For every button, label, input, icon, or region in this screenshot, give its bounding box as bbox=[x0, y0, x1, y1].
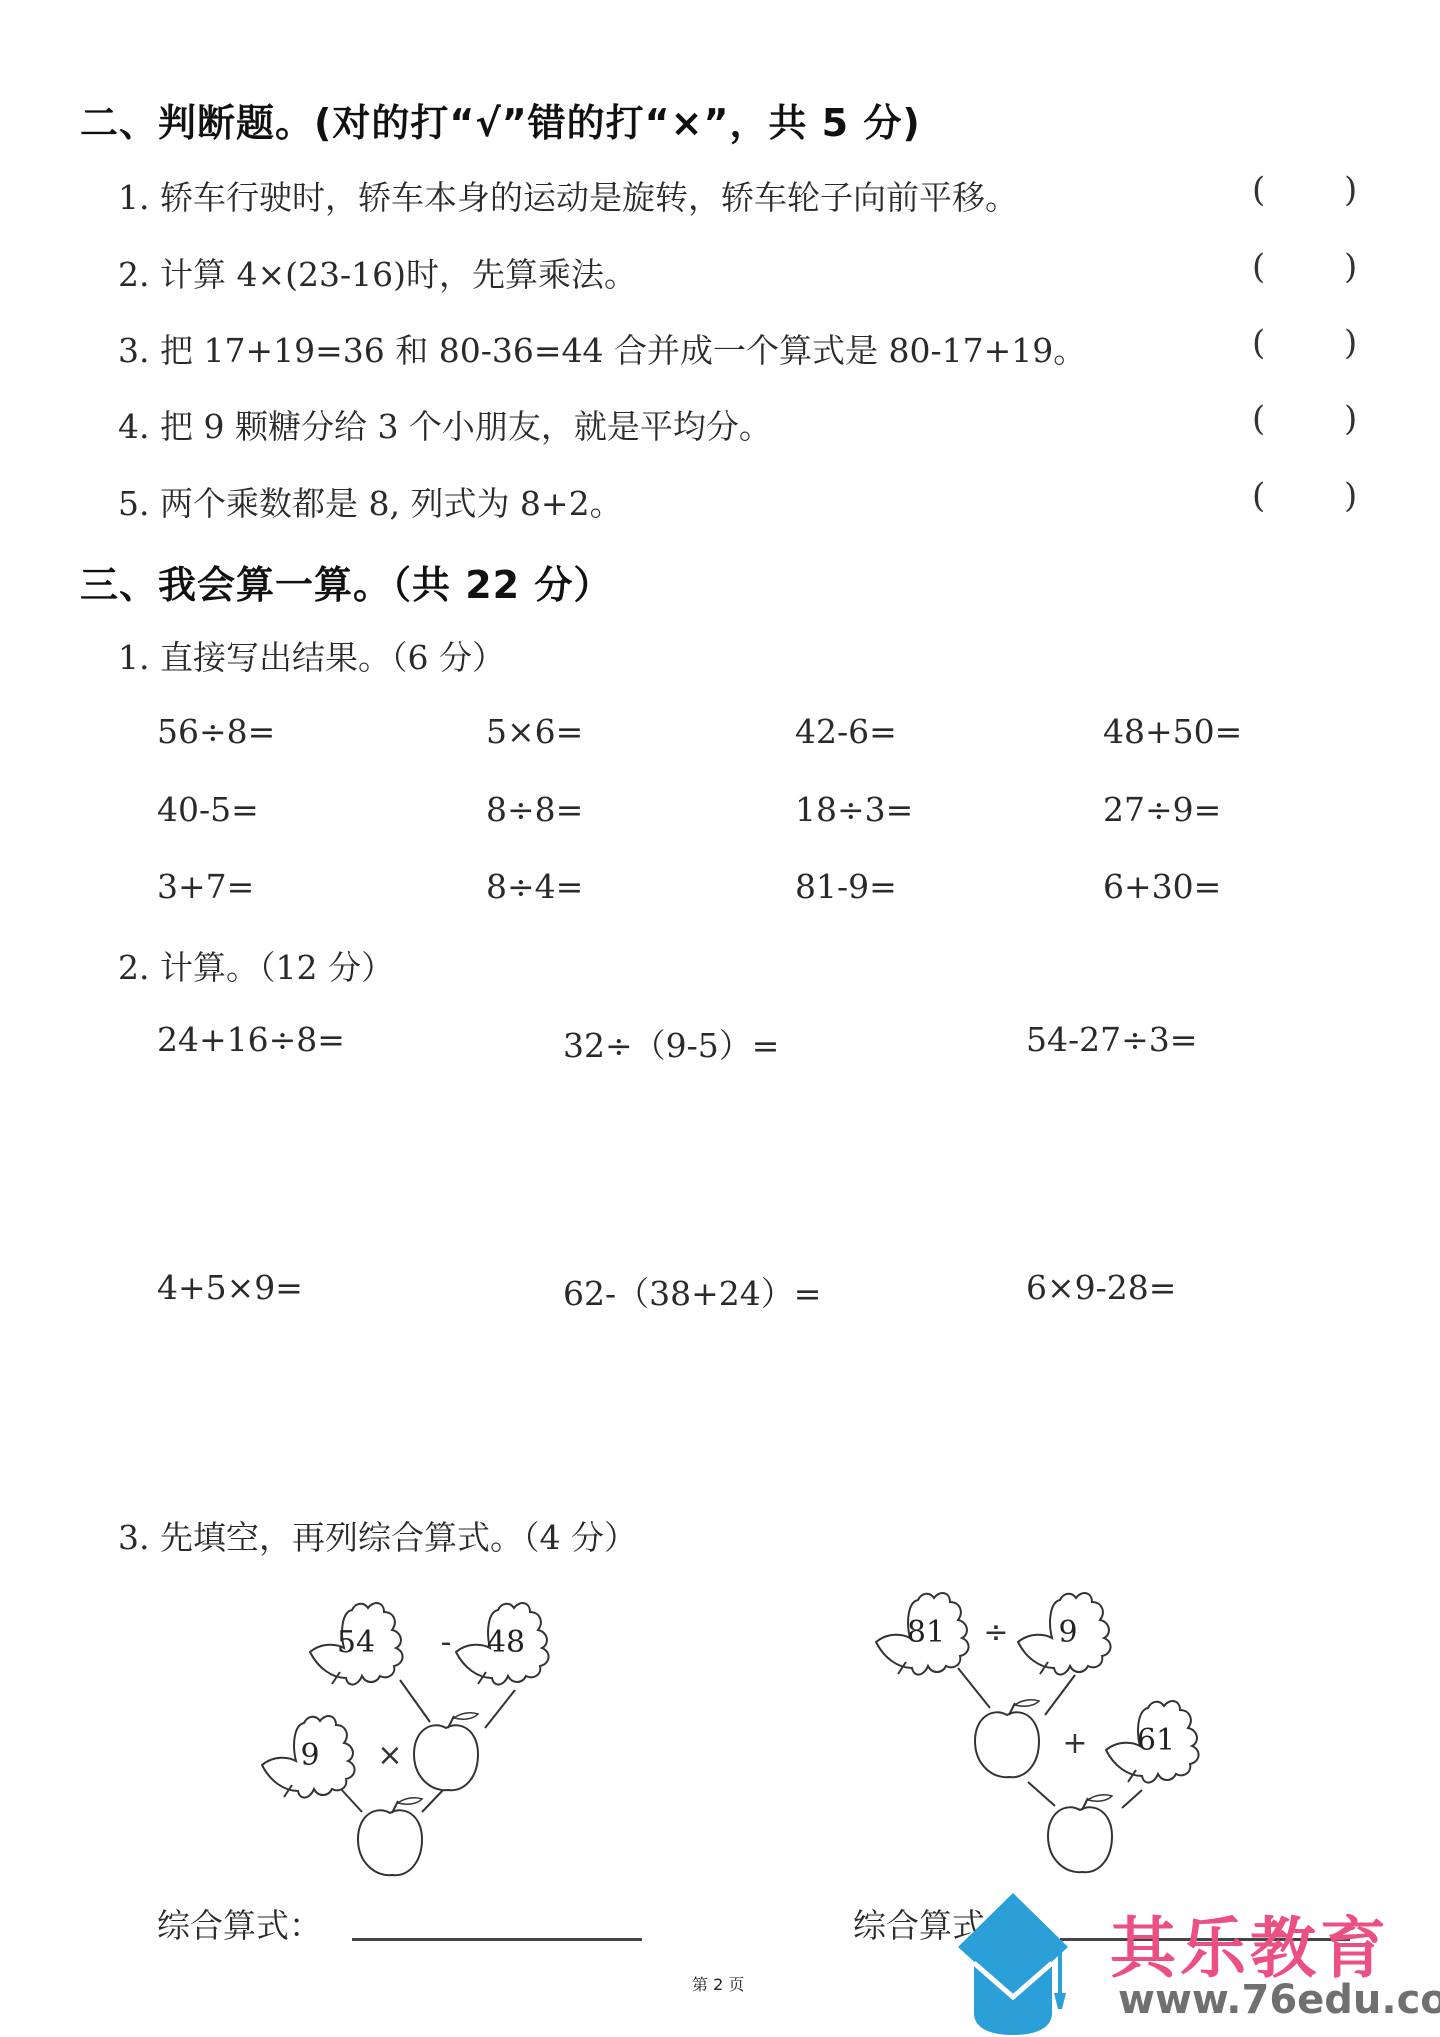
answer-bracket-open-2: ( bbox=[1252, 247, 1265, 287]
part1-title: 1. 直接写出结果。（6 分） bbox=[118, 632, 505, 679]
judgement-item-2: 2. 计算 4×(23-16)时，先算乘法。 bbox=[118, 249, 637, 296]
mental-math-r1c2: 5×6= bbox=[486, 712, 583, 751]
leaf-value-top-left: 54 bbox=[337, 1625, 375, 1660]
operator-mid: + bbox=[1062, 1726, 1087, 1761]
judgement-item-1: 1. 轿车行驶时，轿车本身的运动是旋转，轿车轮子向前平移。 bbox=[118, 172, 1018, 219]
mental-math-r3c2: 8÷4= bbox=[486, 867, 583, 906]
mental-math-r3c3: 81-9= bbox=[795, 867, 897, 906]
calc-r1c2: 32÷（9-5）= bbox=[563, 1020, 779, 1067]
composite-formula-label-1: 综合算式： bbox=[157, 1900, 322, 1947]
leaf-value-mid-left: 9 bbox=[300, 1738, 319, 1773]
apple-blank-icon bbox=[414, 1713, 478, 1790]
mental-math-r1c1: 56÷8= bbox=[157, 712, 275, 751]
calc-r2c3: 6×9-28= bbox=[1026, 1268, 1176, 1307]
answer-bracket-close-4: ) bbox=[1344, 399, 1357, 439]
mental-math-r2c2: 8÷8= bbox=[486, 790, 583, 829]
judgement-item-5: 5. 两个乘数都是 8, 列式为 8+2。 bbox=[118, 478, 623, 525]
operator-top: - bbox=[441, 1625, 452, 1660]
brand-name: 其乐教育 bbox=[1110, 1895, 1390, 1990]
judgement-item-4: 4. 把 9 颗糖分给 3 个小朋友，就是平均分。 bbox=[118, 401, 772, 448]
part3-title: 3. 先填空，再列综合算式。（4 分） bbox=[118, 1512, 637, 1559]
answer-bracket-open-5: ( bbox=[1252, 476, 1265, 516]
apple-blank-icon bbox=[1048, 1795, 1112, 1872]
apple-blank-icon bbox=[975, 1700, 1039, 1777]
operator-mid: × bbox=[377, 1738, 402, 1773]
brand-url: www.76edu.com bbox=[1118, 1977, 1440, 2023]
apple-blank-icon bbox=[358, 1798, 422, 1875]
judgement-item-3: 3. 把 17+19=36 和 80-36=44 合并成一个算式是 80-17+… bbox=[118, 325, 1086, 372]
page-number: 第 2 页 bbox=[692, 1972, 744, 1995]
mental-math-r3c1: 3+7= bbox=[157, 867, 254, 906]
calc-r2c1: 4+5×9= bbox=[157, 1268, 303, 1307]
section-title-calculation: 三、我会算一算。（共 22 分） bbox=[80, 554, 612, 609]
leaf-apple-diagram-2: 81 ÷ 9 + 61 bbox=[850, 1560, 1230, 1880]
leaf-value-top-right: 9 bbox=[1058, 1615, 1077, 1650]
mental-math-r2c1: 40-5= bbox=[157, 790, 259, 829]
mental-math-r2c3: 18÷3= bbox=[795, 790, 913, 829]
answer-bracket-open-1: ( bbox=[1252, 170, 1265, 210]
answer-bracket-close-2: ) bbox=[1344, 247, 1357, 287]
composite-formula-blank-1[interactable] bbox=[352, 1938, 642, 1941]
calc-r2c2: 62-（38+24）= bbox=[563, 1268, 821, 1315]
answer-bracket-close-5: ) bbox=[1344, 476, 1357, 516]
answer-bracket-close-3: ) bbox=[1344, 323, 1357, 363]
answer-bracket-open-4: ( bbox=[1252, 399, 1265, 439]
leaf-icon: 61 bbox=[1106, 1701, 1199, 1783]
leaf-apple-diagram-1: 54 - 48 9 × bbox=[250, 1560, 570, 1880]
leaf-value-top-left: 81 bbox=[907, 1615, 945, 1650]
mental-math-r2c4: 27÷9= bbox=[1103, 790, 1221, 829]
answer-bracket-close-1: ) bbox=[1344, 170, 1357, 210]
leaf-icon: 9 bbox=[1018, 1593, 1111, 1675]
leaf-icon: 48 bbox=[456, 1603, 549, 1685]
leaf-icon: 54 bbox=[310, 1603, 403, 1685]
leaf-icon: 81 bbox=[876, 1593, 969, 1675]
graduation-cap-icon bbox=[938, 1885, 1088, 2035]
mental-math-r1c4: 48+50= bbox=[1103, 712, 1242, 751]
answer-bracket-open-3: ( bbox=[1252, 323, 1265, 363]
leaf-icon: 9 bbox=[262, 1716, 355, 1798]
part2-title: 2. 计算。（12 分） bbox=[118, 942, 394, 989]
operator-top: ÷ bbox=[983, 1615, 1008, 1650]
leaf-value-top-right: 48 bbox=[487, 1625, 525, 1660]
leaf-value-mid-right: 61 bbox=[1137, 1723, 1175, 1758]
calc-r1c3: 54-27÷3= bbox=[1026, 1020, 1197, 1059]
section-title-judgement: 二、判断题。(对的打“√”错的打“×”，共 5 分) bbox=[80, 92, 921, 147]
mental-math-r1c3: 42-6= bbox=[795, 712, 897, 751]
calc-r1c1: 24+16÷8= bbox=[157, 1020, 345, 1059]
mental-math-r3c4: 6+30= bbox=[1103, 867, 1221, 906]
